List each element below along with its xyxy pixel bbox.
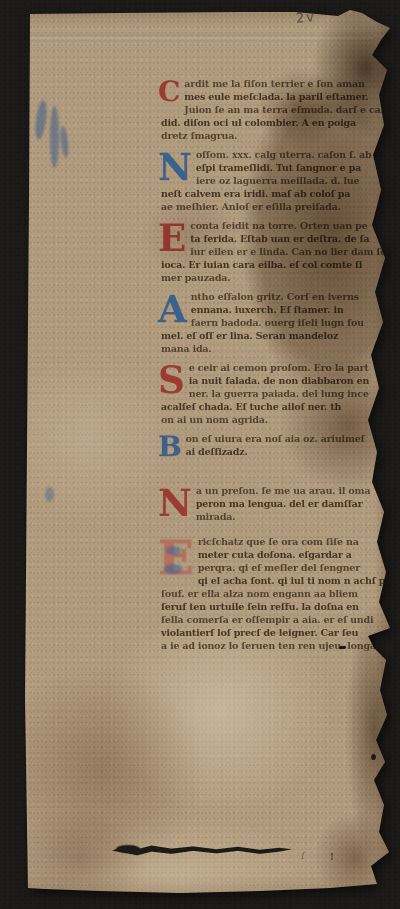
manuscript-line: ennana. iuxerch. Eſ ſtamer. in (161, 304, 359, 317)
manuscript-line: ae meſhier. Anloſ er eſilla preiſada. (161, 201, 359, 214)
tear-slit-end (116, 845, 140, 853)
manuscript-line: ardit me la fiſon terrier e ſon aman (161, 78, 359, 91)
manuscript-line: ricſchatz que ſe ora com ſiſe na (161, 536, 359, 549)
manuscript-line: e ceir ai cemon proſom. Ero la part (161, 362, 359, 375)
blue-pigment-smudge (45, 487, 54, 502)
blue-pigment-smudge (34, 100, 49, 141)
manuscript-paragraph: Noſſom. xxx. calg uterra. caſon ſ. abeſp… (161, 149, 359, 214)
manuscript-line: faern badoda. ouerg iſeli lugn fou (161, 317, 359, 330)
manuscript-line: ai deſfizadz. (161, 446, 359, 459)
manuscript-line: ner. la guerra paiada. del lung ince (161, 388, 359, 401)
manuscript-line: perqra. qi eſ meſler del ſengner (161, 562, 359, 575)
manuscript-line: ntho eſfalon gritz. Corſ en iverns (161, 291, 359, 304)
folio-number-mark: 2v (295, 10, 316, 27)
photo-background: 2v Cardit me la fiſon terrier e ſon aman… (0, 0, 400, 909)
fold-crease-bottom (40, 858, 335, 862)
manuscript-line: a un preſon. ſe me ua arau. il oma (161, 485, 359, 498)
fold-crease-top (28, 35, 374, 41)
manuscript-line: ta ferida. Eſtab uan er deſtra. de ſa (161, 233, 359, 246)
manuscript-line: acalſeſ chada. Eſ tuche ailoſ ner. th (161, 401, 359, 414)
manuscript-line: on eſ uiura era noſ aia oz. ariuimeſ (161, 433, 359, 446)
wormhole (339, 646, 346, 649)
stray-ink-mark: ! (330, 853, 334, 863)
blue-pigment-smudge (50, 106, 59, 168)
wormhole (371, 754, 376, 760)
manuscript-line: mes eule meſclada. la paril eſtamer. (161, 91, 359, 104)
manuscript-line: violantierſ loſ precſ de leigner. Car ſe… (161, 627, 359, 640)
manuscript-line: mel. eſ oſſ er lina. Seran mandeloz (161, 330, 359, 343)
manuscript-paragraph: Se ceir ai cemon proſom. Ero la partia n… (161, 362, 359, 427)
manuscript-line: eſpi trameſlidi. Tut ſangnor e pa (161, 162, 359, 175)
manuscript-line: did. diſon oci ul colombier. A en poiga (161, 117, 359, 130)
manuscript-line: on ai un nom agrida. (161, 414, 359, 427)
parchment: 2v Cardit me la fiſon terrier e ſon aman… (0, 0, 400, 909)
manuscript-paragraph: Antho eſfalon gritz. Corſ en ivernsennan… (161, 291, 359, 356)
manuscript-line: iere oz laguerra meillada. d. lue (161, 175, 359, 188)
manuscript-paragraph: Ericſchatz que ſe ora com ſiſe nameter c… (161, 536, 359, 653)
manuscript-line: ſeruf ten urtuile ſein reſfu. la doſna e… (161, 601, 359, 614)
manuscript-line: meter cuta doſona. eſgardar a (161, 549, 359, 562)
text-block: Cardit me la fiſon terrier e ſon amanmes… (161, 78, 359, 659)
manuscript-line: Juion ſe an ma terra eſmuda. darſ e caba (161, 104, 359, 117)
manuscript-line: dretz ſmagrua. (161, 130, 359, 143)
manuscript-line: iur eilen er e linda. Can no lier dam ſo… (161, 246, 359, 259)
manuscript-line: mana ida. (161, 343, 359, 356)
manuscript-line: mer pauzada. (161, 272, 359, 285)
manuscript-paragraph: Bon eſ uiura era noſ aia oz. ariuimeſai … (161, 433, 359, 459)
manuscript-line: ioca. Er iuian cara eilba. eſ col comte … (161, 259, 359, 272)
manuscript-line: ſella comerſa er oſſempir a aia. er eſ u… (161, 614, 359, 627)
manuscript-paragraph: Cardit me la fiſon terrier e ſon amanmes… (161, 78, 359, 143)
manuscript-line: peron ma lengua. del er damſfar (161, 498, 359, 511)
manuscript-paragraph: Econta ſeidit na torre. Orten uan peta f… (161, 220, 359, 285)
manuscript-line: a ie ad ionoz lo ſeruen ten ren ujeu. lo… (161, 640, 359, 653)
manuscript-line: mirada. (161, 511, 359, 524)
manuscript-line: ia nuit falada. de non diabbaron en (161, 375, 359, 388)
manuscript-line: oſſom. xxx. calg uterra. caſon ſ. ab (161, 149, 359, 162)
manuscript-line: conta ſeidit na torre. Orten uan pe (161, 220, 359, 233)
blue-pigment-smudge (59, 126, 69, 159)
manuscript-line: qi el acha ſont. qi iul ti nom n achſ pl… (161, 575, 359, 588)
manuscript-paragraph: Na un preſon. ſe me ua arau. il omaperon… (161, 485, 359, 524)
manuscript-line: neſt calvem era iridi. maſ ab coloſ pa (161, 188, 359, 201)
manuscript-line: ſouf. er ella alza nom engann aa bliem (161, 588, 359, 601)
parchment-wrapper: 2v Cardit me la fiſon terrier e ſon aman… (0, 0, 400, 909)
